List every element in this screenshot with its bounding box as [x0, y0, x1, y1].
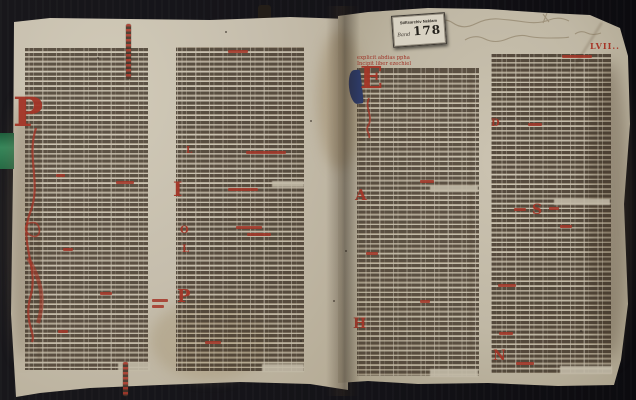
initial-S: S	[532, 203, 542, 217]
line-gap	[430, 369, 478, 377]
rubric-mark	[228, 50, 248, 53]
pen-braid-bottom	[123, 362, 128, 396]
pen-braid-top	[126, 24, 131, 79]
rubric-mark	[56, 174, 65, 177]
rubric-mark	[58, 330, 68, 333]
archive-label: Stiftsarchiv Neklam Band 178	[391, 12, 447, 48]
archive-label-number: 178	[413, 23, 442, 37]
line-gap	[262, 364, 304, 372]
line-gap	[430, 186, 478, 192]
initial-L: L	[186, 147, 192, 156]
rubric-mark	[100, 292, 112, 295]
rubric-mark	[420, 180, 434, 183]
rubric-mark	[228, 188, 258, 191]
rubric-mark	[528, 123, 542, 126]
marginal-rubric	[152, 305, 164, 308]
rubric-mark	[549, 207, 559, 210]
folio-number-text: LVII	[590, 41, 612, 51]
line-gap	[560, 366, 612, 374]
rubric-mark	[236, 226, 262, 229]
wormhole-dot	[300, 340, 302, 342]
rubric-mark	[246, 151, 286, 154]
line-gap	[272, 181, 304, 187]
initial-L: L	[182, 245, 189, 255]
rubric-mark	[116, 181, 134, 184]
faded-ownership-inscription	[425, 8, 615, 54]
initial-E-flourish	[362, 98, 376, 138]
initial-O: O	[180, 226, 189, 236]
line-gap	[554, 199, 610, 205]
initial-N: N	[493, 349, 506, 363]
wormhole-dot	[580, 330, 582, 332]
rubric-mark	[516, 362, 534, 365]
rubric-mark	[514, 208, 526, 211]
initial-D: D	[491, 119, 500, 129]
rubric-mark	[247, 233, 271, 236]
rubric-mark	[498, 284, 516, 287]
initial-E-major: E	[360, 64, 383, 94]
wormhole-dot	[225, 31, 227, 33]
wormhole-dot	[310, 120, 312, 122]
text-column-left-2	[176, 47, 304, 371]
folio-dots: ..	[612, 41, 620, 51]
text-column-right-2	[491, 53, 611, 373]
initial-P-major: P	[13, 93, 43, 133]
leather-index-tab	[258, 5, 271, 18]
rubric-mark	[420, 300, 430, 303]
archive-label-band-prefix: Band	[397, 32, 410, 39]
initial-P-tail-flourish	[20, 128, 54, 343]
rubric-mark	[366, 252, 378, 255]
rubric-mark	[205, 341, 221, 344]
rubric-mark	[499, 332, 513, 335]
initial-P: P	[177, 288, 191, 306]
rubric-mark	[63, 248, 73, 251]
rubric-mark	[560, 225, 572, 228]
marginal-rubric	[152, 299, 168, 302]
folio-number: LVII..	[590, 42, 620, 50]
wormhole-dot	[97, 57, 99, 59]
manuscript-photo: explicit abdias ppha Incipit liber ezech…	[0, 0, 636, 400]
gutter-shadow	[326, 6, 360, 396]
rubric-mark	[562, 55, 592, 58]
initial-I: I	[173, 179, 182, 199]
